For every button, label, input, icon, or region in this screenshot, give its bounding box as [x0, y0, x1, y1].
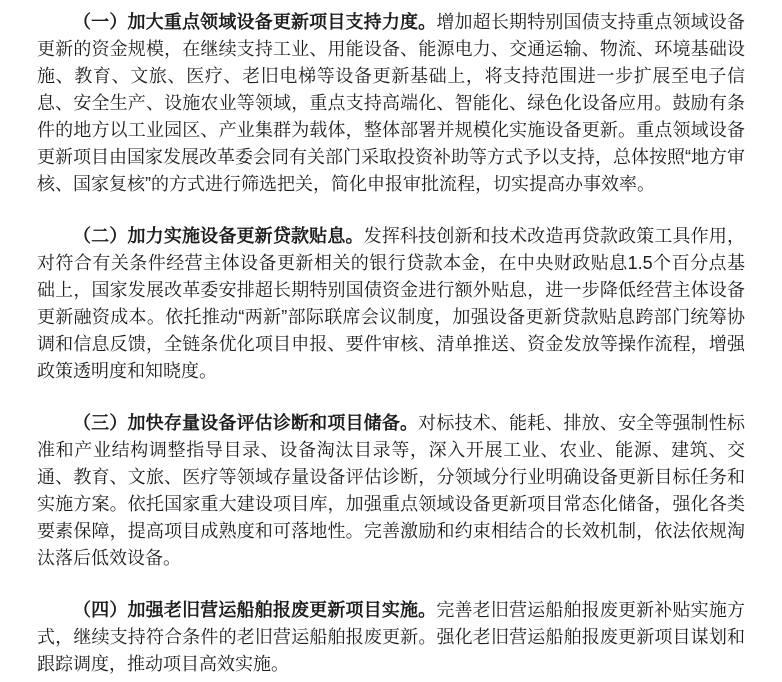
- paragraph-1-heading: （一）加大重点领域设备更新项目支持力度。: [73, 12, 436, 32]
- paragraph-2-body: 发挥科技创新和技术改造再贷款政策工具作用，对符合有关条件经营主体设备更新相关的银…: [37, 226, 745, 381]
- paragraph-2: （二）加力实施设备更新贷款贴息。发挥科技创新和技术改造再贷款政策工具作用，对符合…: [37, 223, 745, 385]
- paragraph-2-heading: （二）加力实施设备更新贷款贴息。: [73, 226, 364, 246]
- document-page: （一）加大重点领域设备更新项目支持力度。增加超长期特别国债支持重点领域设备更新的…: [0, 0, 782, 682]
- paragraph-1-body: 增加超长期特别国债支持重点领域设备更新的资金规模，在继续支持工业、用能设备、能源…: [37, 12, 745, 194]
- paragraph-3-heading: （三）加快存量设备评估诊断和项目储备。: [73, 413, 418, 433]
- paragraph-1: （一）加大重点领域设备更新项目支持力度。增加超长期特别国债支持重点领域设备更新的…: [37, 9, 745, 198]
- paragraph-3: （三）加快存量设备评估诊断和项目储备。对标技术、能耗、排放、安全等强制性标准和产…: [37, 410, 745, 572]
- paragraph-4: （四）加强老旧营运船舶报废更新项目实施。完善老旧营运船舶报废更新补贴实施方式，继…: [37, 597, 745, 678]
- paragraph-4-heading: （四）加强老旧营运船舶报废更新项目实施。: [73, 600, 436, 620]
- paragraph-3-body: 对标技术、能耗、排放、安全等强制性标准和产业结构调整指导目录、设备淘汰目录等，深…: [37, 413, 745, 568]
